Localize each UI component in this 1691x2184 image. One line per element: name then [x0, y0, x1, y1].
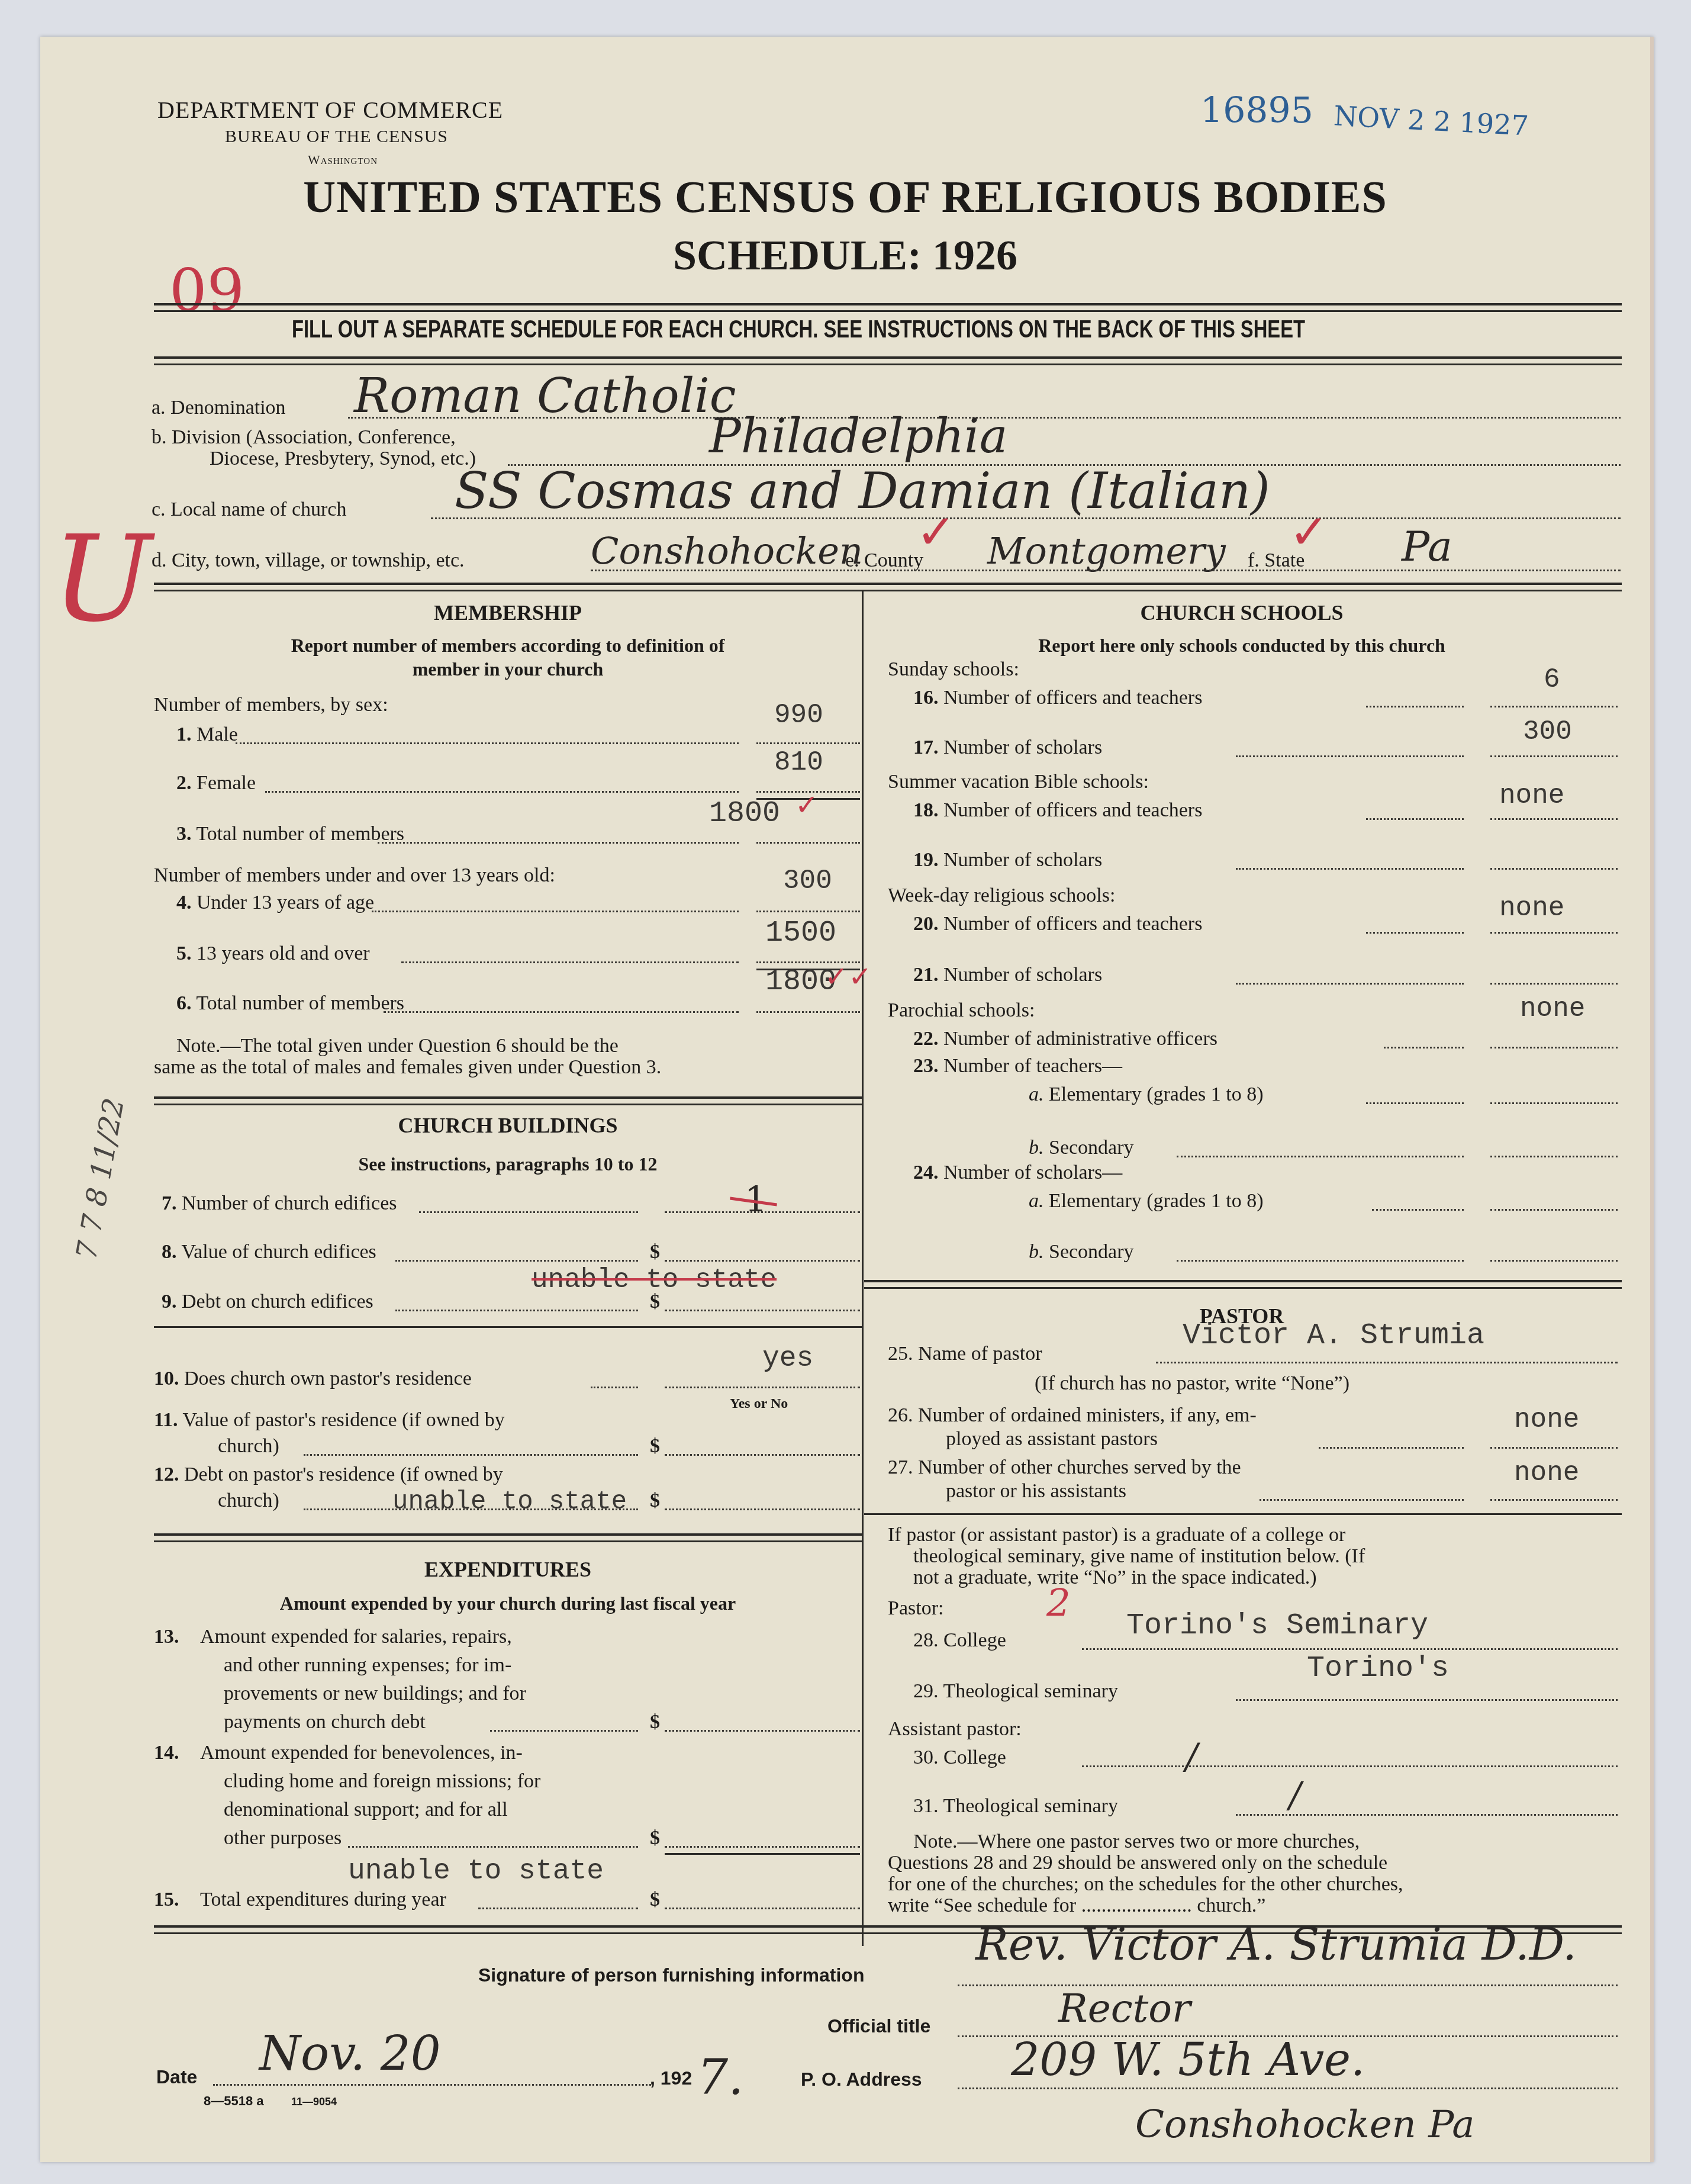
total-expenditures-field[interactable] — [665, 1908, 860, 1909]
red-double-check-icon: ✓✓ — [824, 960, 872, 993]
denomination-label: a. Denomination — [152, 397, 286, 419]
graduate-instructions-2: theological seminary, give name of insti… — [913, 1545, 1365, 1568]
denomination-value: Roman Catholic — [354, 368, 736, 423]
date-field[interactable] — [213, 2084, 651, 2086]
running-expenses-field[interactable] — [665, 1730, 860, 1732]
scholars-elementary-field[interactable] — [1490, 1209, 1618, 1211]
pastor-name-hint: (If church has no pastor, write “None”) — [1035, 1372, 1349, 1395]
signature-field[interactable] — [958, 1984, 1618, 1986]
under-13-field[interactable] — [756, 911, 860, 912]
official-title-label: Official title — [827, 2015, 930, 2037]
assistant-seminary-label: 31. Theological seminary — [913, 1795, 1118, 1818]
teachers-elementary-field[interactable] — [1490, 1102, 1618, 1104]
assistant-pastor-subheading: Assistant pastor: — [888, 1718, 1022, 1741]
residence-value-field[interactable] — [665, 1454, 860, 1456]
yes-no-hint: Yes or No — [730, 1396, 788, 1412]
form-title: UNITED STATES CENSUS OF RELIGIOUS BODIES — [40, 172, 1650, 223]
membership-heading: MEMBERSHIP — [154, 600, 862, 625]
church-schools-subheading: Report here only schools conducted by th… — [863, 635, 1621, 657]
total-members-field[interactable] — [756, 842, 860, 844]
pastor-note-2: Questions 28 and 29 should be answered o… — [888, 1852, 1387, 1874]
row-label: 13 years old and over — [197, 943, 370, 964]
red-check-icon: ✓ — [795, 789, 819, 822]
division-label-2: Diocese, Presbytery, Synod, etc.) — [210, 448, 476, 470]
q27-label-2: pastor or his assistants — [946, 1480, 1126, 1503]
bureau-label: BUREAU OF THE CENSUS — [225, 127, 448, 147]
church-buildings-subheading: See instructions, paragraphs 10 to 12 — [154, 1153, 862, 1175]
total-members-value: 1800 — [709, 797, 780, 831]
census-schedule-form: DEPARTMENT OF COMMERCE BUREAU OF THE CEN… — [40, 37, 1654, 2162]
members-by-age-label: Number of members under and over 13 year… — [154, 864, 555, 887]
female-value: 810 — [774, 747, 823, 778]
edifices-debt-value: unable to state — [532, 1265, 777, 1295]
expenditures-heading: EXPENDITURES — [154, 1557, 862, 1582]
graduate-instructions-1: If pastor (or assistant pastor) is a gra… — [888, 1524, 1345, 1546]
instructions-banner: FILL OUT A SEPARATE SCHEDULE FOR EACH CH… — [292, 315, 1305, 343]
scholars-secondary-field[interactable] — [1490, 1260, 1618, 1262]
county-label: e. County — [845, 549, 923, 572]
official-title-value: Rector — [1058, 1986, 1191, 2031]
red-annotation-09: 09 — [169, 256, 244, 325]
row-label: Total number of members — [196, 992, 404, 1014]
expenditures-subheading: Amount expended by your church during la… — [154, 1593, 862, 1614]
male-field[interactable] — [756, 742, 860, 744]
church-buildings-heading: CHURCH BUILDINGS — [154, 1113, 862, 1138]
pastor-name-value: Victor A. Strumia — [1183, 1319, 1484, 1353]
members-by-sex-label: Number of members, by sex: — [154, 694, 388, 716]
row-label: Male — [197, 723, 238, 745]
total-expenditures-value: unable to state — [348, 1855, 604, 1887]
department-label: DEPARTMENT OF COMMERCE — [157, 96, 503, 124]
weekday-schools-label: Week-day religious schools: — [888, 884, 1115, 907]
date-year-label: , 192 — [650, 2067, 692, 2089]
row-label: Total number of members — [196, 823, 404, 845]
pastor-name-field[interactable] — [1156, 1362, 1618, 1363]
print-code: 11—9054 — [291, 2096, 337, 2108]
pastor-note-4: write “See schedule for ................… — [888, 1894, 1265, 1917]
total-members-2-field[interactable] — [756, 1011, 860, 1013]
q27-label-1: 27. Number of other churches served by t… — [888, 1456, 1241, 1479]
buildings-rule — [154, 1533, 862, 1536]
college-field[interactable] — [1082, 1648, 1618, 1650]
sunday-teachers-field[interactable] — [1490, 706, 1618, 707]
row-label: Under 13 years of age — [197, 892, 374, 914]
edifices-debt-field[interactable] — [665, 1310, 860, 1311]
pastor-subheading: Pastor: — [888, 1597, 943, 1620]
division-value: Philadelphia — [709, 409, 1007, 464]
city-county-state-field[interactable] — [591, 570, 1621, 571]
male-value: 990 — [774, 700, 823, 731]
q26-label-2: ployed as assistant pastors — [946, 1428, 1158, 1450]
form-subtitle: SCHEDULE: 1926 — [40, 231, 1650, 280]
parochial-officers-field[interactable] — [1490, 1047, 1618, 1048]
local-name-label: c. Local name of church — [152, 498, 346, 521]
assistant-college-label: 30. College — [913, 1746, 1006, 1769]
column-divider — [862, 590, 864, 1946]
schools-row: 24. Number of scholars— — [913, 1162, 1122, 1184]
parochial-officers-value: none — [1520, 993, 1585, 1024]
red-check-icon: ✓ — [1289, 504, 1329, 559]
residence-debt-value: unable to state — [392, 1487, 627, 1517]
sunday-scholars-value: 300 — [1523, 716, 1572, 747]
city-value: Conshohocken — [591, 529, 863, 572]
sunday-scholars-field[interactable] — [1490, 755, 1618, 757]
date-value: Nov. 20 — [259, 2026, 441, 2081]
identity-rule — [154, 583, 1622, 585]
owns-residence-field[interactable] — [665, 1387, 860, 1388]
po-address-label: P. O. Address — [801, 2069, 922, 2090]
seminary-value: Torino's — [1307, 1652, 1449, 1686]
state-value: Pa — [1402, 522, 1452, 571]
assistant-college-field[interactable] — [1082, 1765, 1618, 1767]
summer-teachers-value: none — [1499, 780, 1564, 811]
weekday-teachers-value: none — [1499, 893, 1564, 924]
pastor-note-1: Note.—Where one pastor serves two or mor… — [913, 1831, 1360, 1853]
assistant-college-value: / — [1186, 1736, 1197, 1777]
parochial-schools-label: Parochial schools: — [888, 999, 1035, 1022]
membership-note-1: Note.—The total given under Question 6 s… — [176, 1035, 857, 1057]
sunday-schools-label: Sunday schools: — [888, 658, 1019, 681]
seminary-field[interactable] — [1236, 1699, 1618, 1701]
summer-teachers-field[interactable] — [1490, 818, 1618, 820]
signature-label: Signature of person furnishing informati… — [478, 1964, 864, 1986]
graduate-instructions-3: not a graduate, write “No” in the space … — [913, 1567, 1317, 1589]
signature-value: Rev. Victor A. Strumia D.D. — [975, 1919, 1577, 1970]
local-name-value: SS Cosmas and Damian (Italian) — [455, 462, 1270, 520]
assistant-pastors-field[interactable] — [1490, 1447, 1618, 1449]
college-value: Torino's Seminary — [1126, 1609, 1428, 1643]
red-check-icon: ✓ — [916, 504, 956, 559]
margin-note: 7 7 8 11/22 — [70, 1095, 131, 1262]
receipt-stamp-date: NOV 2 2 1927 — [1333, 99, 1529, 141]
schools-row: 23. Number of teachers— — [913, 1055, 1122, 1077]
teachers-secondary-field[interactable] — [1490, 1156, 1618, 1157]
summer-scholars-field[interactable] — [1490, 868, 1618, 870]
summer-schools-label: Summer vacation Bible schools: — [888, 771, 1149, 793]
assistant-pastors-value: none — [1514, 1404, 1579, 1435]
membership-subheading-1: Report number of members according to de… — [154, 635, 862, 657]
pastor-note-3: for one of the churches; on the schedule… — [888, 1873, 1403, 1896]
row-label: Female — [197, 772, 256, 794]
form-code: 8—5518 a — [204, 2093, 264, 2109]
weekday-scholars-field[interactable] — [1490, 983, 1618, 985]
under-13-value: 300 — [783, 866, 832, 896]
po-address-field[interactable] — [958, 2087, 1618, 2089]
schools-rule — [864, 1280, 1622, 1282]
residence-debt-field[interactable] — [665, 1508, 860, 1510]
sunday-teachers-value: 6 — [1544, 664, 1560, 695]
benevolences-field[interactable] — [665, 1846, 860, 1848]
county-value: Montgomery — [987, 529, 1226, 572]
date-label: Date — [156, 2066, 197, 2088]
pastor-name-label: 25. Name of pastor — [888, 1343, 1042, 1365]
header-rule — [154, 303, 1622, 305]
division-label-1: b. Division (Association, Conference, — [152, 426, 456, 449]
seminary-label: 29. Theological seminary — [913, 1680, 1118, 1703]
other-churches-value: none — [1514, 1458, 1579, 1488]
assistant-seminary-value: / — [1289, 1774, 1301, 1816]
church-schools-heading: CHURCH SCHOOLS — [863, 600, 1621, 625]
po-address-value: 209 W. 5th Ave. — [1011, 2033, 1365, 2086]
edifices-value-field[interactable] — [665, 1260, 860, 1262]
membership-note-2: same as the total of males and females g… — [154, 1056, 858, 1079]
q26-label-1: 26. Number of ordained ministers, if any… — [888, 1404, 1257, 1427]
date-year-value: 7. — [697, 2050, 743, 2106]
weekday-teachers-field[interactable] — [1490, 932, 1618, 934]
over-13-value: 1500 — [765, 916, 836, 950]
college-label: 28. College — [913, 1629, 1006, 1652]
receipt-stamp-number: 16895 — [1200, 90, 1313, 131]
city-label: Washington — [308, 152, 378, 168]
red-annotation-side: U — [52, 510, 152, 648]
membership-rule — [154, 1096, 862, 1099]
po-address-line-2: Conshohocken Pa — [1135, 2103, 1474, 2147]
other-churches-field[interactable] — [1490, 1499, 1618, 1501]
city-label-d: d. City, town, village, or township, etc… — [152, 549, 465, 572]
membership-subheading-2: member in your church — [154, 658, 862, 680]
instructions-rule — [154, 356, 1622, 359]
owns-residence-value: yes — [762, 1343, 813, 1375]
red-annotation-2: 2 — [1046, 1582, 1071, 1626]
